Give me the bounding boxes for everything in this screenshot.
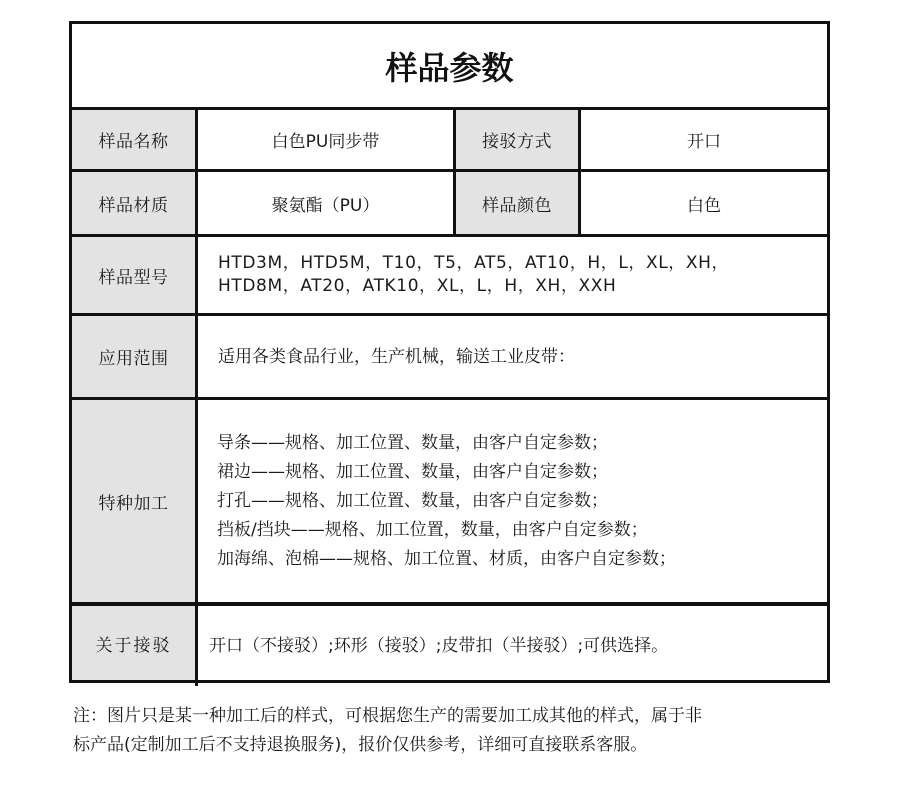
value-sample-name: 白色PU同步带 [198,110,453,169]
label-sample-model: 样品型号 [72,237,195,313]
label-application-scope: 应用范围 [72,316,195,397]
value-sample-color: 白色 [581,172,827,234]
label-joint-method: 接驳方式 [456,110,578,169]
label-about-joint: 关于接驳 [72,606,195,680]
value-joint-method: 开口 [581,110,827,169]
label-sample-name: 样品名称 [72,110,195,169]
value-sample-material: 聚氨酯（PU） [198,172,453,234]
model-line: HTD8M，AT20，ATK10，XL，L，H，XH，XXH [218,275,729,298]
footnote-line: 标产品(定制加工后不支持退换服务)，报价仅供参考，详细可直接联系客服。 [73,731,833,760]
processing-line: 挡板/挡块——规格、加工位置，数量，由客户自定参数； [217,516,676,545]
sample-parameters-table: 样品参数 样品名称 白色PU同步带 接驳方式 开口 样品材质 聚氨酯（PU） 样… [69,21,830,683]
value-sample-model: HTD3M，HTD5M，T10，T5，AT5，AT10，H，L，XL，XH， H… [198,237,827,313]
label-sample-color: 样品颜色 [456,172,578,234]
footnote-line: 注：图片只是某一种加工后的样式，可根据您生产的需要加工成其他的样式，属于非 [73,702,833,731]
processing-line: 加海绵、泡棉——规格、加工位置、材质，由客户自定参数； [217,545,676,574]
processing-line: 导条——规格、加工位置、数量，由客户自定参数； [217,429,676,458]
processing-line: 裙边——规格、加工位置、数量，由客户自定参数； [217,458,676,487]
value-special-processing: 导条——规格、加工位置、数量，由客户自定参数； 裙边——规格、加工位置、数量，由… [198,400,827,602]
value-about-joint: 开口（不接驳）;环形（接驳）;皮带扣（半接驳）;可供选择。 [198,606,827,680]
label-sample-material: 样品材质 [72,172,195,234]
table-title: 样品参数 [72,24,827,107]
value-application-scope: 适用各类食品行业，生产机械，输送工业皮带： [198,316,827,397]
footnote: 注：图片只是某一种加工后的样式，可根据您生产的需要加工成其他的样式，属于非 标产… [73,702,833,760]
label-special-processing: 特种加工 [72,400,195,602]
model-line: HTD3M，HTD5M，T10，T5，AT5，AT10，H，L，XL，XH， [218,252,729,275]
processing-line: 打孔——规格、加工位置、数量，由客户自定参数； [217,487,676,516]
